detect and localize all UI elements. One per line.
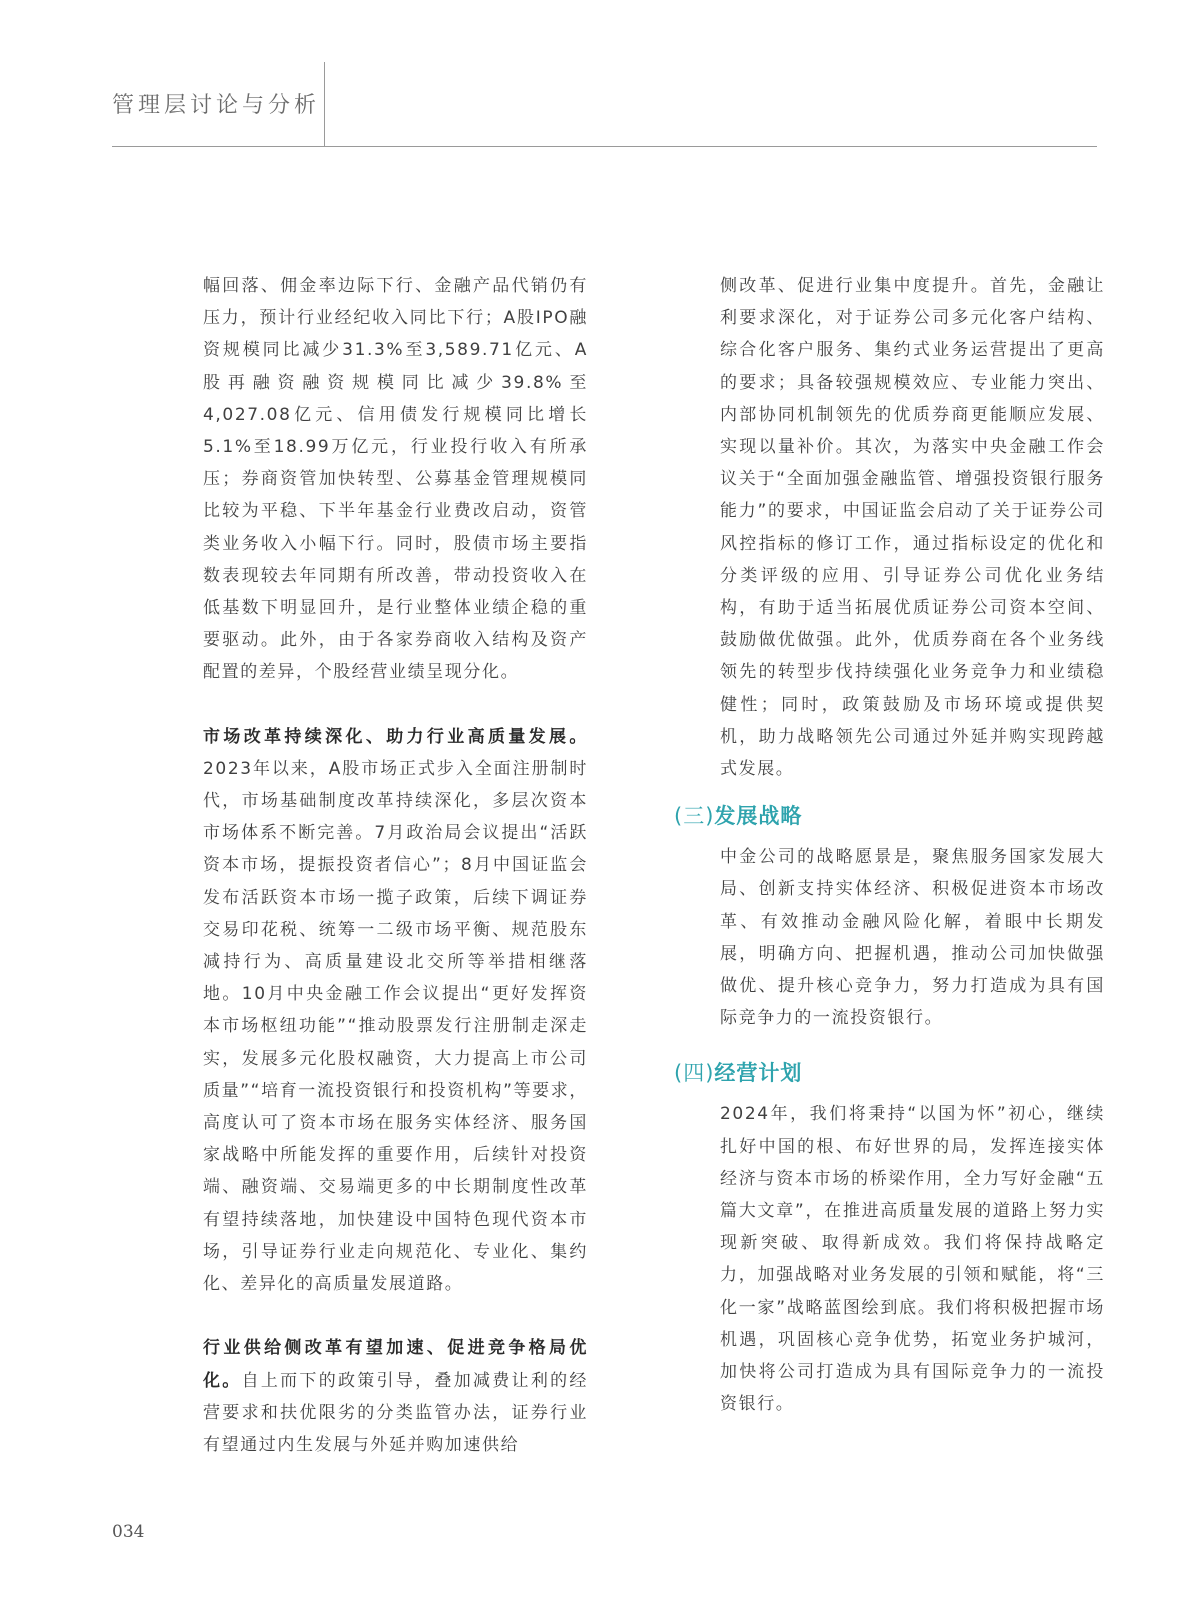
header-horizontal-divider bbox=[112, 146, 1097, 147]
left-column: 幅回落、佣金率边际下行、金融产品代销仍有压力，预计行业经纪收入同比下行；A股IP… bbox=[203, 270, 588, 1461]
right-column: 侧改革、促进行业集中度提升。首先，金融让利要求深化，对于证券公司多元化客户结构、… bbox=[720, 270, 1105, 1421]
page-header-title: 管理层讨论与分析 bbox=[112, 88, 320, 119]
paragraph-supply-side-reform: 行业供给侧改革有望加速、促进竞争格局优化。自上而下的政策引导，叠加减费让利的经营… bbox=[203, 1332, 588, 1461]
section-heading-business-plan: (四)经营计划 bbox=[674, 1056, 1105, 1090]
page-number: 034 bbox=[112, 1522, 144, 1542]
paragraph-spacer bbox=[203, 1300, 588, 1332]
paragraph-business-plan: 2024年，我们将秉持“以国为怀”初心，继续扎好中国的根、布好世界的局，发挥连接… bbox=[720, 1098, 1105, 1420]
section-number: (三) bbox=[674, 804, 714, 828]
paragraph-lead-market-reform: 市场改革持续深化、助力行业高质量发展。 bbox=[203, 727, 588, 747]
section-title: 发展战略 bbox=[714, 804, 802, 828]
section-heading-development-strategy: (三)发展战略 bbox=[674, 799, 1105, 833]
section-number: (四) bbox=[674, 1061, 714, 1085]
paragraph-industry-performance: 幅回落、佣金率边际下行、金融产品代销仍有压力，预计行业经纪收入同比下行；A股IP… bbox=[203, 270, 588, 689]
paragraph-market-reform: 市场改革持续深化、助力行业高质量发展。2023年以来，A股市场正式步入全面注册制… bbox=[203, 721, 588, 1301]
paragraph-body-supply-side-reform: 自上而下的政策引导，叠加减费让利的经营要求和扶优限劣的分类监管办法，证券行业有望… bbox=[203, 1371, 588, 1455]
header-vertical-divider bbox=[324, 62, 325, 146]
paragraph-spacer bbox=[203, 689, 588, 721]
paragraph-supply-side-continued: 侧改革、促进行业集中度提升。首先，金融让利要求深化，对于证券公司多元化客户结构、… bbox=[720, 270, 1105, 785]
paragraph-body-market-reform: 2023年以来，A股市场正式步入全面注册制时代，市场基础制度改革持续深化，多层次… bbox=[203, 759, 588, 1294]
section-title: 经营计划 bbox=[714, 1061, 802, 1085]
paragraph-development-strategy: 中金公司的战略愿景是，聚焦服务国家发展大局、创新支持实体经济、积极促进资本市场改… bbox=[720, 841, 1105, 1034]
